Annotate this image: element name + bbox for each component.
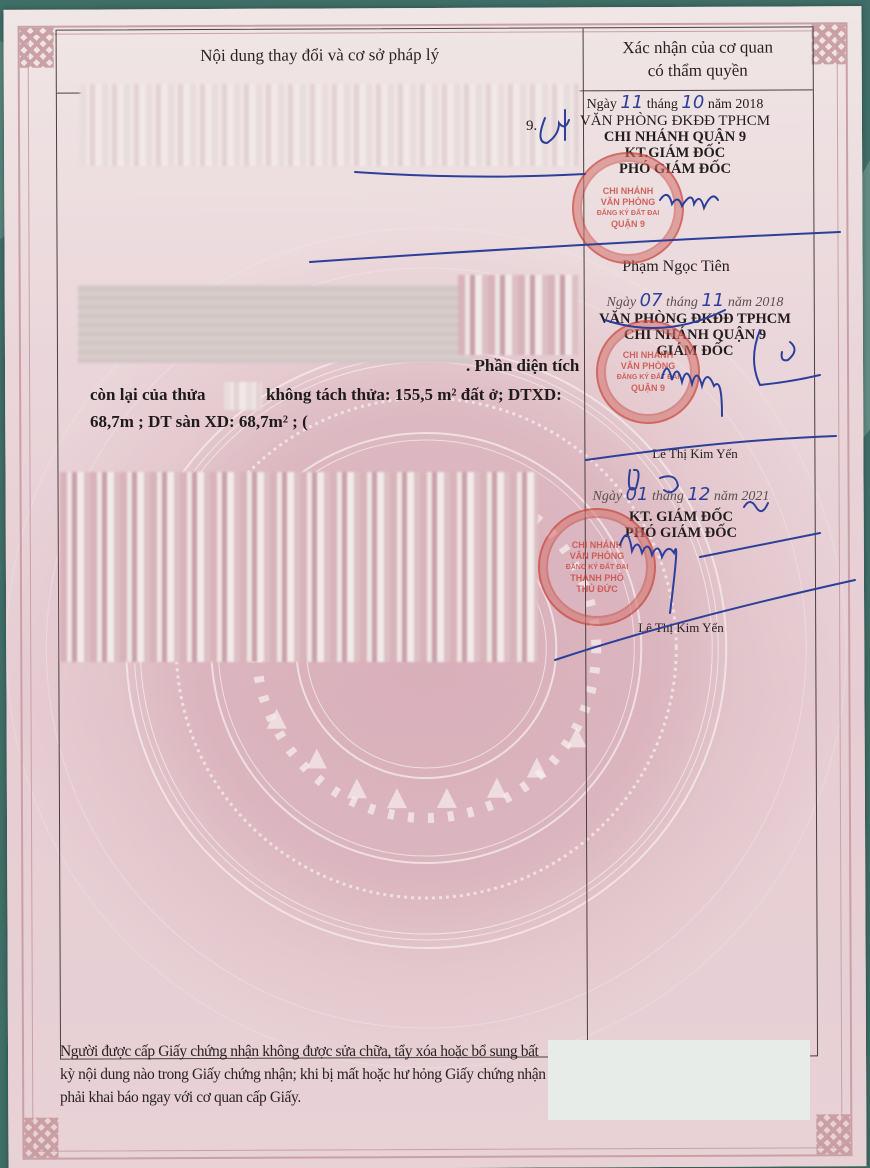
official-stamp: CHI NHÁNH VĂN PHÒNG ĐĂNG KÝ ĐẤT ĐAI QUẬN… bbox=[596, 320, 700, 424]
signer-subtitle: PHÓ GIÁM ĐỐC bbox=[540, 161, 810, 177]
footer-warning-note: Người được cấp Giấy chứng nhận không đượ… bbox=[60, 1040, 550, 1109]
handwritten-day: 11 bbox=[620, 92, 643, 113]
official-stamp: CHI NHÁNH VĂN PHÒNG ĐĂNG KÝ ĐẤT ĐAI THÀN… bbox=[538, 508, 656, 626]
redacted-region bbox=[80, 84, 580, 166]
office-branch: CHI NHÁNH QUẬN 9 bbox=[560, 327, 830, 343]
confirmation-date: Ngày 01 tháng 12 năm 2021 bbox=[546, 484, 816, 505]
confirmation-date: Ngày 07 tháng 11 năm 2018 bbox=[560, 290, 830, 311]
content-line-1: . Phần diện tích bbox=[466, 356, 579, 376]
corner-ornament bbox=[20, 28, 54, 68]
office-line: VĂN PHÒNG ĐKĐĐ TPHCM bbox=[540, 113, 810, 129]
office-line: VĂN PHÒNG ĐKĐĐ TPHCM bbox=[560, 311, 830, 327]
corner-ornament bbox=[816, 1114, 850, 1154]
right-column-header: Xác nhận của cơ quan có thẩm quyền bbox=[583, 35, 813, 82]
handwritten-month: 12 bbox=[687, 484, 710, 505]
office-branch: CHI NHÁNH QUẬN 9 bbox=[540, 129, 810, 145]
corner-ornament bbox=[24, 1118, 58, 1158]
entry-number: 9. bbox=[526, 118, 537, 135]
content-line-2-start: còn lại của thửa bbox=[90, 385, 206, 405]
confirmation-date: Ngày 11 tháng 10 năm 2018 bbox=[540, 92, 810, 113]
corner-ornament bbox=[812, 24, 846, 64]
content-line-2: không tách thửa: 155,5 m² đất ở; DTXD: bbox=[266, 385, 562, 405]
redacted-region bbox=[60, 472, 538, 662]
right-header-line1: Xác nhận của cơ quan bbox=[583, 35, 813, 59]
content-line-3: 68,7m ; DT sàn XD: 68,7m² ; ( bbox=[90, 412, 308, 432]
handwritten-month: 10 bbox=[681, 92, 704, 113]
redacted-region bbox=[78, 285, 473, 363]
signer-name: Lê Thị Kim Yến bbox=[560, 446, 830, 462]
handwritten-month: 11 bbox=[701, 290, 724, 311]
redacted-region bbox=[224, 382, 262, 410]
confirmation-1: Ngày 11 tháng 10 năm 2018 VĂN PHÒNG ĐKĐĐ… bbox=[540, 92, 810, 177]
left-column-header: Nội dung thay đổi và cơ sở pháp lý bbox=[57, 42, 583, 67]
right-header-line2: có thẩm quyền bbox=[583, 58, 813, 82]
redacted-region bbox=[548, 1040, 810, 1120]
handwritten-day: 07 bbox=[640, 290, 663, 311]
signer-name: Phạm Ngọc Tiên bbox=[556, 258, 796, 276]
signer-title: KT.GIÁM ĐỐC bbox=[540, 145, 810, 161]
official-stamp: CHI NHÁNH VĂN PHÒNG ĐĂNG KÝ ĐẤT ĐAI QUẬN… bbox=[572, 152, 684, 264]
handwritten-day: 01 bbox=[626, 484, 649, 505]
